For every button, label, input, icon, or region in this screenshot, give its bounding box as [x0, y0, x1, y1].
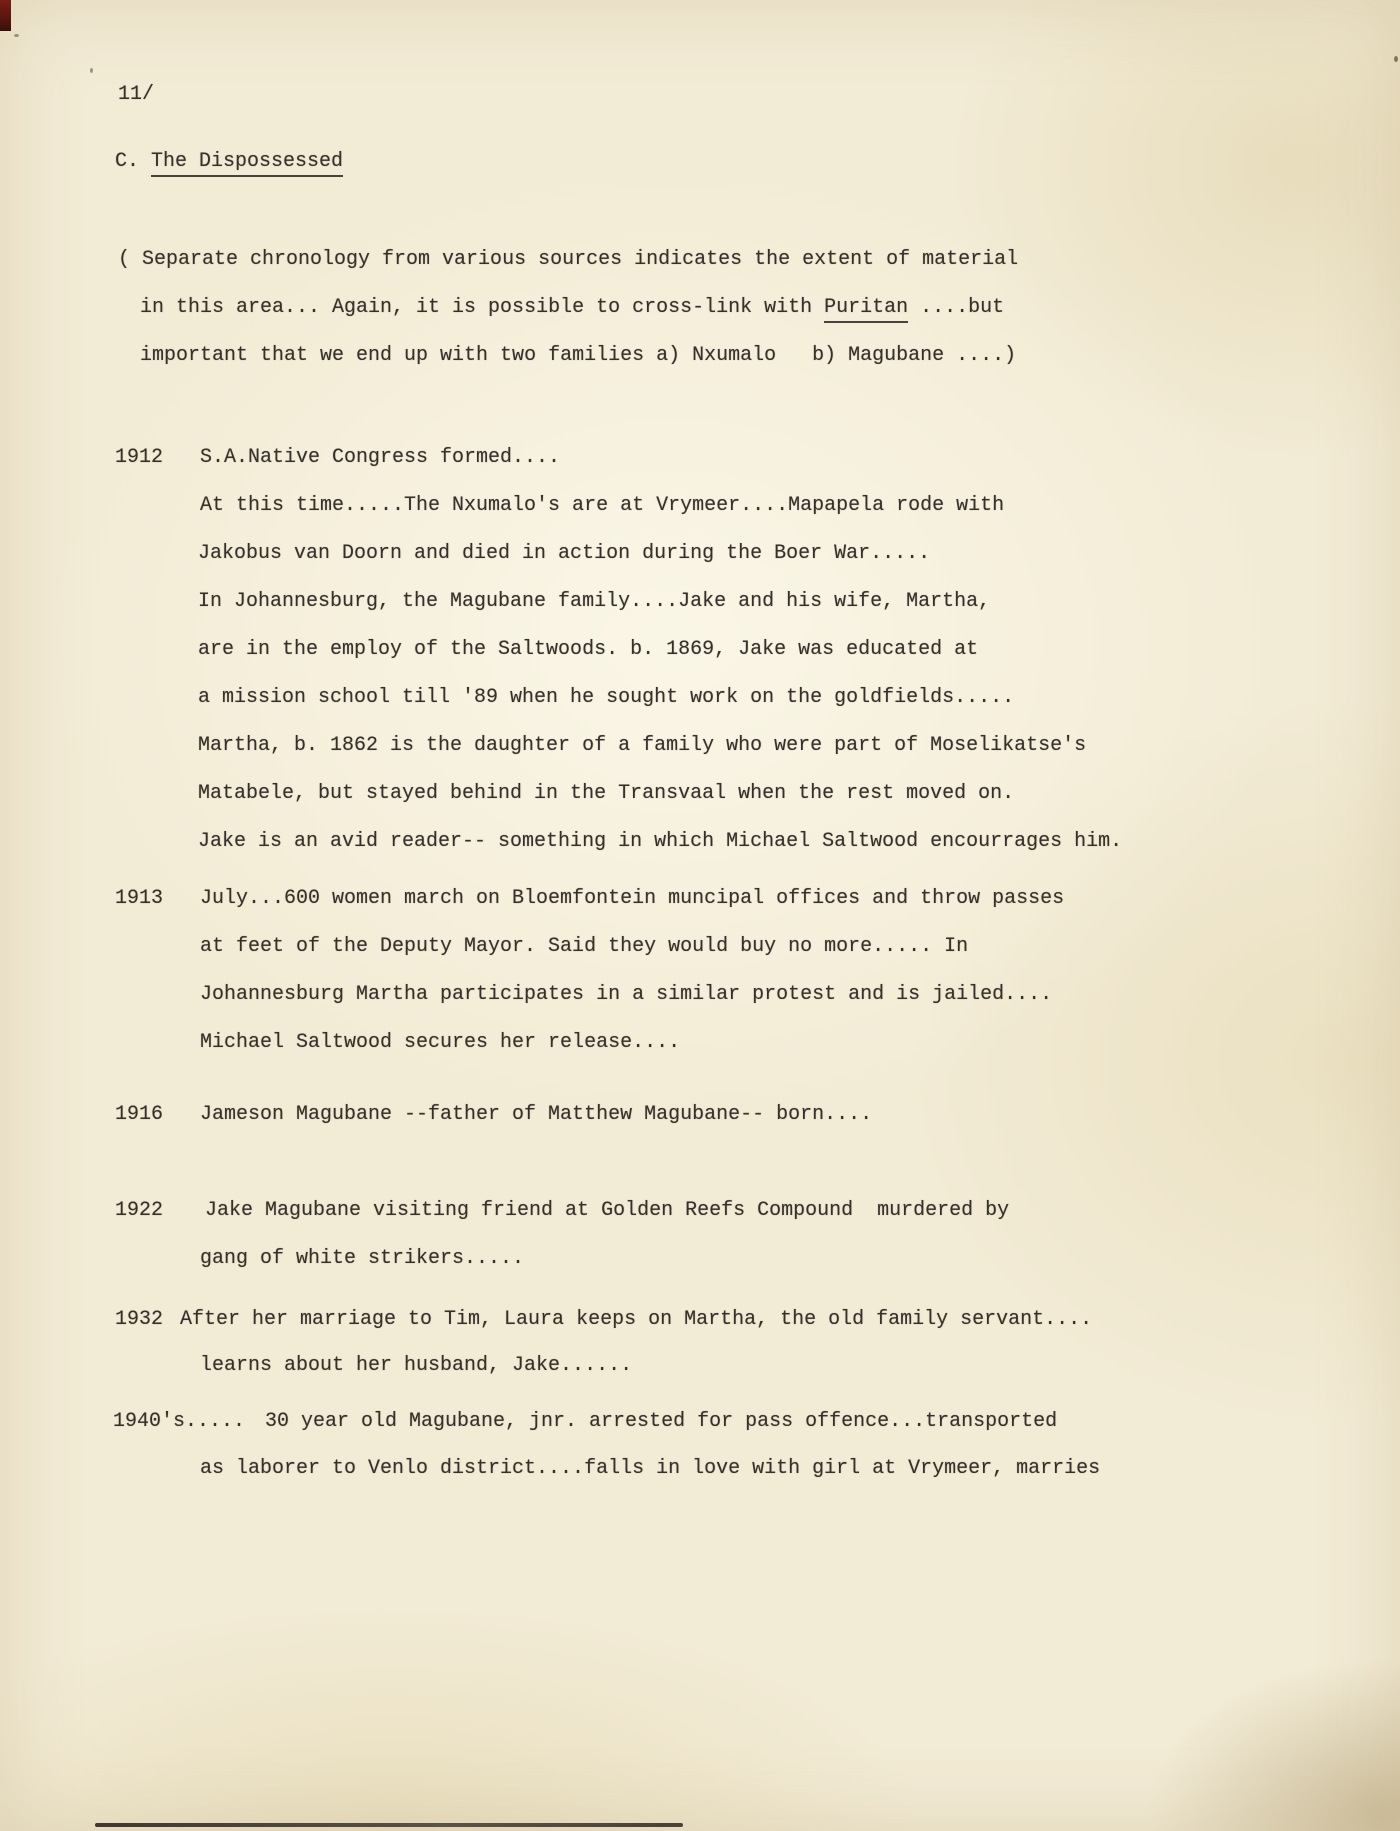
entry-1922-line: gang of white strikers.....	[200, 1244, 524, 1274]
entry-1912-line: S.A.Native Congress formed....	[200, 443, 560, 473]
entry-1912-line: Jake is an avid reader-- something in wh…	[198, 827, 1122, 857]
entry-1940s-year: 1940's.....	[113, 1407, 245, 1437]
intro-line-2: in this area... Again, it is possible to…	[140, 293, 1004, 323]
intro-line-2-underlined: Puritan	[824, 296, 908, 323]
entry-1912-line: Jakobus van Doorn and died in action dur…	[198, 539, 930, 569]
entry-1912-line: Martha, b. 1862 is the daughter of a fam…	[198, 731, 1086, 761]
entry-1916-year: 1916	[115, 1100, 163, 1130]
paper-speck	[14, 34, 19, 37]
entry-1913-line: July...600 women march on Bloemfontein m…	[200, 884, 1064, 914]
paper-speck	[1394, 56, 1398, 62]
entry-1912-line: At this time.....The Nxumalo's are at Vr…	[200, 491, 1004, 521]
entry-1913-line: Johannesburg Martha participates in a si…	[200, 980, 1052, 1010]
section-heading: C. The Dispossessed	[115, 147, 343, 177]
corner-red-mark	[0, 0, 11, 31]
paper-speck	[90, 68, 93, 73]
entry-1913-line: Michael Saltwood secures her release....	[200, 1028, 680, 1058]
entry-1940s-line: 30 year old Magubane, jnr. arrested for …	[265, 1407, 1057, 1437]
heading-title: The Dispossessed	[151, 150, 343, 177]
entry-1932-year: 1932	[115, 1305, 163, 1335]
heading-prefix: C.	[115, 150, 151, 173]
entry-1922-year: 1922	[115, 1196, 163, 1226]
intro-line-3: important that we end up with two famili…	[140, 341, 1016, 371]
intro-line-2-pre: in this area... Again, it is possible to…	[140, 296, 824, 319]
entry-1912-line: are in the employ of the Saltwoods. b. 1…	[198, 635, 978, 665]
entry-1912-line: In Johannesburg, the Magubane family....…	[198, 587, 990, 617]
page-number: 11/	[118, 80, 154, 110]
typewritten-page: 11/ C. The Dispossessed ( Separate chron…	[0, 0, 1400, 1831]
intro-line-2-post: ....but	[908, 296, 1004, 319]
entry-1940s-line: as laborer to Venlo district....falls in…	[200, 1454, 1100, 1484]
entry-1916-line: Jameson Magubane --father of Matthew Mag…	[200, 1100, 872, 1130]
entry-1912-line: a mission school till '89 when he sought…	[198, 683, 1014, 713]
entry-1912-line: Matabele, but stayed behind in the Trans…	[198, 779, 1014, 809]
entry-1932-line: learns about her husband, Jake......	[200, 1351, 632, 1381]
entry-1922-line: Jake Magubane visiting friend at Golden …	[205, 1196, 1009, 1226]
entry-1932-line: After her marriage to Tim, Laura keeps o…	[180, 1305, 1092, 1335]
entry-1912-year: 1912	[115, 443, 163, 473]
intro-line-1: ( Separate chronology from various sourc…	[118, 245, 1018, 275]
entry-1913-year: 1913	[115, 884, 163, 914]
entry-1913-line: at feet of the Deputy Mayor. Said they w…	[200, 932, 968, 962]
bottom-edge-line	[95, 1823, 683, 1827]
